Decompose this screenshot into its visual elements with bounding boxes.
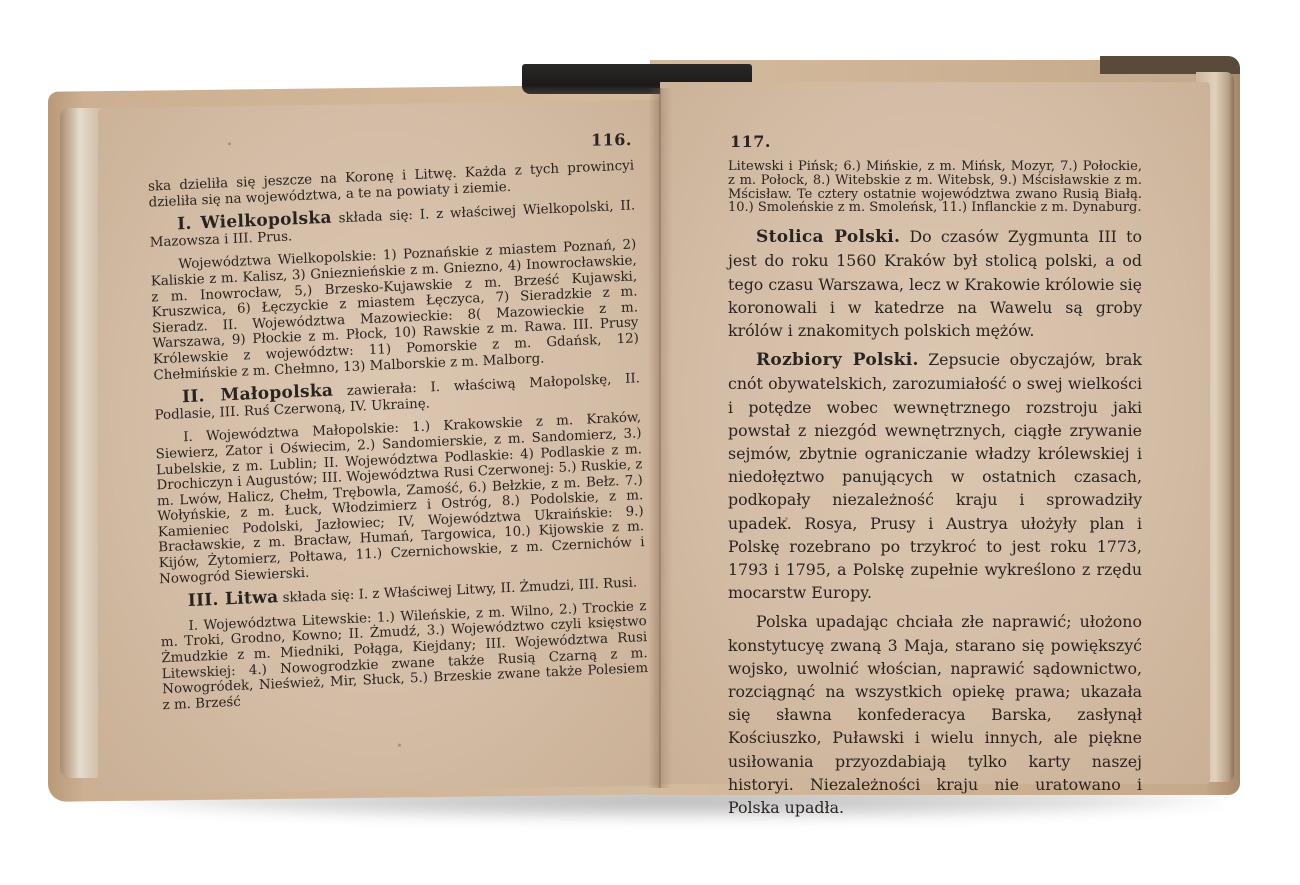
paragraph: I. Województwa Małopolskie: 1.) Krakowsk… xyxy=(155,411,645,588)
open-book: 116. ska dzieliła się jeszcze na Koronę … xyxy=(0,0,1300,885)
paragraph: Polska upadając chciała złe naprawić; uł… xyxy=(728,610,1142,819)
paragraph: Województwa Wielkopolskie: 1) Poznańskie… xyxy=(150,238,639,384)
paper-speck xyxy=(228,142,231,145)
paragraph-text: Zepsucie obyczajów, brak cnót obywatelsk… xyxy=(728,350,1142,602)
page-text: Litewski i Pińsk; 6.) Mińskie, z m. Mińs… xyxy=(728,160,1142,825)
page-number: 117. xyxy=(730,132,771,151)
paragraph-text: Województwa Wielkopolskie: 1) Poznańskie… xyxy=(151,238,639,383)
paragraph: I. Województwa Litewskie: 1.) Wileńskie,… xyxy=(160,599,648,714)
page-number: 116. xyxy=(591,130,632,150)
paragraph-text: I. Województwa Litewskie: 1.) Wileńskie,… xyxy=(161,599,649,713)
paragraph-text: Polska upadając chciała złe naprawić; uł… xyxy=(728,612,1142,817)
left-page: 116. ska dzieliła się jeszcze na Koronę … xyxy=(98,100,660,795)
right-page: 117. Litewski i Pińsk; 6.) Mińskie, z m.… xyxy=(660,82,1210,784)
paragraph: Litewski i Pińsk; 6.) Mińskie, z m. Mińs… xyxy=(728,160,1142,215)
paragraph-text: Litewski i Pińsk; 6.) Mińskie, z m. Mińs… xyxy=(728,159,1142,215)
page-text: ska dzieliła się jeszcze na Koronę i Lit… xyxy=(148,158,649,721)
book-gutter xyxy=(648,88,672,788)
section-paragraph: Stolica Polski. Do czasów Zygmunta III t… xyxy=(728,225,1142,342)
section-paragraph: Rozbiory Polski. Zepsucie obyczajów, bra… xyxy=(728,348,1142,604)
paper-speck xyxy=(785,517,788,520)
section-heading: III. Litwa xyxy=(188,587,279,611)
section-heading: Rozbiory Polski. xyxy=(756,350,919,370)
paragraph-text: I. Województwa Małopolskie: 1.) Krakowsk… xyxy=(155,411,644,587)
paper-speck xyxy=(398,744,401,747)
section-heading: Stolica Polski. xyxy=(756,227,900,247)
